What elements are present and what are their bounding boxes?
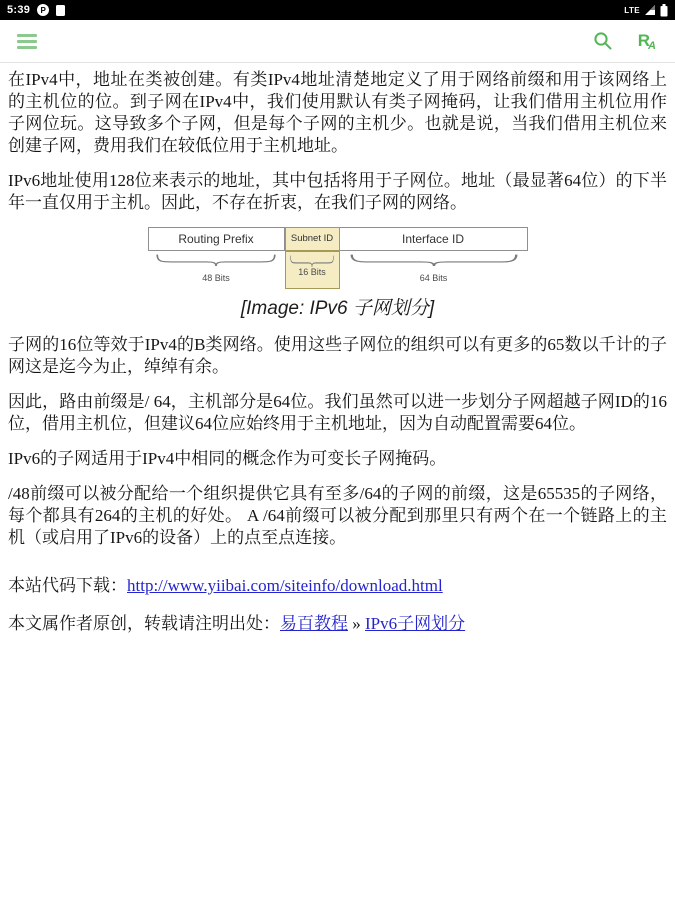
status-bar: 5:39 P LTE bbox=[0, 0, 675, 20]
article-link[interactable]: IPv6子网划分 bbox=[365, 614, 465, 633]
interface-id-bits-label: 64 Bits bbox=[420, 267, 448, 289]
signal-strength-icon bbox=[644, 4, 656, 16]
subnet-id-brace: 16 Bits bbox=[285, 251, 340, 289]
image-caption: [Image: IPv6 子网划分] bbox=[8, 299, 667, 320]
status-bar-right: LTE bbox=[624, 4, 668, 17]
network-type-label: LTE bbox=[624, 6, 640, 15]
subnet-id-box: Subnet ID bbox=[285, 227, 340, 251]
app-screen: 5:39 P LTE RA 在IPv4中 bbox=[0, 0, 675, 900]
subnet-id-bits-label: 16 Bits bbox=[298, 268, 326, 277]
status-bar-left: 5:39 P bbox=[7, 4, 65, 16]
interface-id-brace: 64 Bits bbox=[340, 251, 528, 289]
article-body: 在IPv4中，地址在类被创建。有类IPv4地址清楚地定义了用于网络前缀和用于该网… bbox=[0, 63, 675, 635]
paragraph-16bit-subnet: 子网的16位等效于IPv4的B类网络。使用这些子网位的组织可以有更多的65数以千… bbox=[8, 334, 667, 378]
hamburger-menu-icon[interactable] bbox=[17, 34, 37, 49]
app-logo[interactable]: RA bbox=[638, 32, 658, 50]
ipv6-subnet-diagram: Routing Prefix Subnet ID Interface ID 48… bbox=[148, 227, 528, 289]
attribution-label: 本文属作者原创，转载请注明出处： bbox=[8, 614, 280, 633]
diagram-boxes: Routing Prefix Subnet ID Interface ID bbox=[148, 227, 528, 251]
attribution-line: 本文属作者原创，转载请注明出处：易百教程 » IPv6子网划分 bbox=[8, 613, 667, 635]
diagram-braces: 48 Bits 16 Bits 64 Bits bbox=[148, 251, 528, 289]
paragraph-ipv6-128bit: IPv6地址使用128位来表示的地址，其中包括将用于子网位。地址（最显著64位）… bbox=[8, 170, 667, 214]
download-line: 本站代码下载：http://www.yiibai.com/siteinfo/do… bbox=[8, 575, 667, 597]
play-notification-icon: P bbox=[37, 4, 49, 16]
search-icon[interactable] bbox=[592, 30, 614, 52]
paragraph-ipv4-classes: 在IPv4中，地址在类被创建。有类IPv4地址清楚地定义了用于网络前缀和用于该网… bbox=[8, 69, 667, 157]
paragraph-vlsm: IPv6的子网适用于IPv4中相同的概念作为可变长子网掩码。 bbox=[8, 448, 667, 470]
routing-prefix-bits-label: 48 Bits bbox=[202, 267, 230, 289]
routing-prefix-box: Routing Prefix bbox=[148, 227, 285, 251]
download-label: 本站代码下载： bbox=[8, 576, 127, 595]
breadcrumb-separator: » bbox=[352, 614, 361, 633]
battery-icon bbox=[660, 4, 668, 17]
toolbar: RA bbox=[0, 20, 675, 63]
screenshot-notification-icon bbox=[56, 5, 65, 16]
yiibai-home-link[interactable]: 易百教程 bbox=[280, 614, 348, 633]
app-logo-sub-letter: A bbox=[648, 40, 656, 52]
routing-prefix-brace: 48 Bits bbox=[148, 251, 285, 289]
brace-icon bbox=[156, 253, 276, 266]
toolbar-actions: RA bbox=[592, 30, 658, 52]
clock: 5:39 bbox=[7, 4, 30, 16]
paragraph-routing-prefix-64: 因此，路由前缀是/ 64，主机部分是64位。我们虽然可以进一步划分子网超越子网I… bbox=[8, 391, 667, 435]
paragraph-48-prefix: /48前缀可以被分配给一个组织提供它具有至多/64的子网的前缀，这是65535的… bbox=[8, 483, 667, 549]
brace-icon bbox=[290, 254, 334, 267]
interface-id-box: Interface ID bbox=[340, 227, 528, 251]
brace-icon bbox=[350, 253, 518, 266]
download-link[interactable]: http://www.yiibai.com/siteinfo/download.… bbox=[127, 576, 443, 595]
